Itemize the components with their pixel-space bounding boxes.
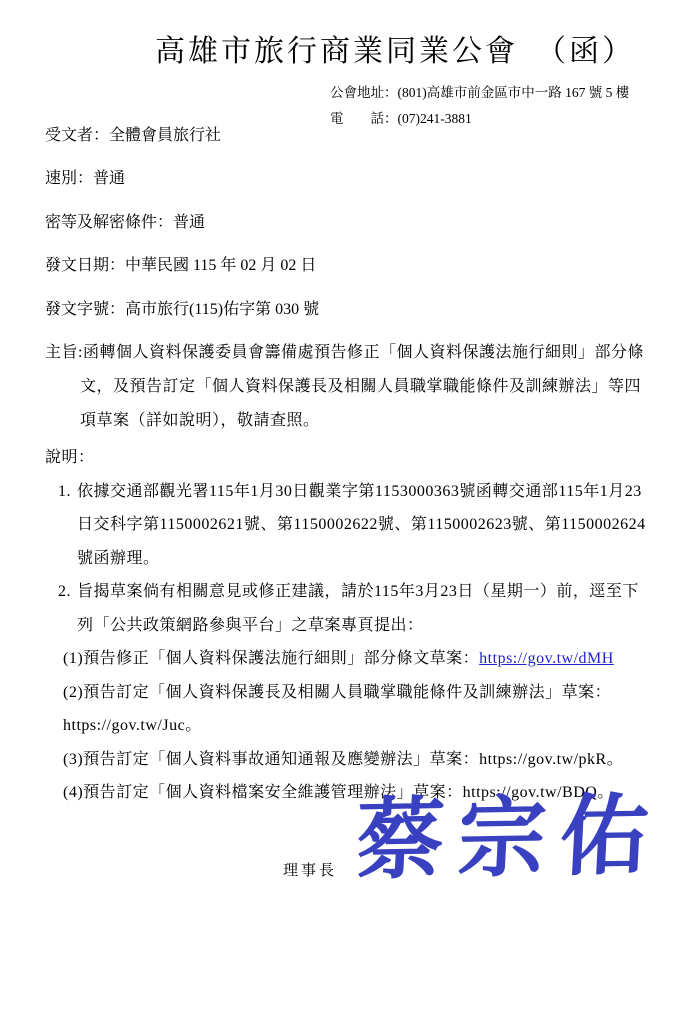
item-line: 號函辦理。 [77, 542, 646, 576]
field-value: 全體會員旅行社 [109, 127, 221, 144]
association-contact-block: 公會地址：(801)高雄市前金區市中一路 167 號 5 樓 電 話：(07)2… [330, 80, 629, 132]
field-label: 速別： [45, 170, 93, 187]
subject-section: 主旨:函轉個人資料保護委員會籌備處預告修正「個人資料保護法施行細則」部分條 文，… [80, 336, 644, 438]
association-phone: 電 話：(07)241-3881 [330, 106, 629, 132]
field-label: 密等及解密條件： [45, 214, 173, 231]
subject-label: 主旨: [45, 344, 83, 361]
field-date: 發文日期：中華民國 115 年 02 月 02 日 [45, 252, 319, 295]
field-value: 中華民國 115 年 02 月 02 日 [125, 257, 316, 274]
explanation-item-2: 2. 旨揭草案倘有相關意見或修正建議，請於115年3月23日（星期一）前，逕至下… [45, 575, 646, 810]
draft-subitem-3: (3)預告訂定「個人資料事故通知通報及應變辦法」草案：https://gov.t… [63, 743, 639, 777]
field-value: 普通 [173, 214, 205, 231]
subject-line: 主旨:函轉個人資料保護委員會籌備處預告修正「個人資料保護法施行細則」部分條 [45, 336, 644, 370]
draft-subitem-2-url: https://gov.tw/Juc。 [63, 709, 639, 743]
field-recipient: 受文者：全體會員旅行社 [45, 122, 319, 165]
item-line: 列「公共政策網路參與平台」之草案專頁提出： [77, 609, 639, 643]
subject-text: 函轉個人資料保護委員會籌備處預告修正「個人資料保護法施行細則」部分條 [83, 344, 644, 361]
explanation-label: 說明： [45, 441, 646, 475]
signature-title: 理事長 [283, 859, 337, 880]
field-label: 發文字號： [45, 301, 125, 318]
draft-subitem-2: (2)預告訂定「個人資料保護長及相關人員職掌職能條件及訓練辦法」草案： [63, 676, 639, 710]
field-speed: 速別：普通 [45, 165, 319, 208]
document-title: 高雄市旅行商業同業公會 （函） [155, 26, 635, 70]
field-value: 高市旅行(115)佑字第 030 號 [125, 301, 319, 318]
item-line: 旨揭草案倘有相關意見或修正建議，請於115年3月23日（星期一）前，逕至下 [77, 575, 639, 609]
explanation-section: 說明： 1. 依據交通部觀光署115年1月30日觀業字第1153000363號函… [45, 441, 646, 810]
subitem-text: (1)預告修正「個人資料保護法施行細則」部分條文草案： [63, 650, 479, 667]
item-line: 依據交通部觀光署115年1月30日觀業字第1153000363號函轉交通部115… [77, 475, 646, 509]
item-line: 日交科字第1150002621號、第1150002622號、第115000262… [77, 508, 646, 542]
explanation-item-1: 1. 依據交通部觀光署115年1月30日觀業字第1153000363號函轉交通部… [45, 475, 646, 576]
field-ref-number: 發文字號：高市旅行(115)佑字第 030 號 [45, 296, 319, 339]
item-number: 2. [58, 575, 77, 609]
field-label: 發文日期： [45, 257, 125, 274]
field-security: 密等及解密條件：普通 [45, 209, 319, 252]
item-number: 1. [58, 475, 77, 509]
field-label: 受文者： [45, 127, 109, 144]
policy-platform-link[interactable]: https://gov.tw/dMH [479, 650, 614, 667]
subject-line: 項草案（詳如說明），敬請查照。 [80, 404, 644, 438]
field-value: 普通 [93, 170, 125, 187]
draft-subitem-1: (1)預告修正「個人資料保護法施行細則」部分條文草案：https://gov.t… [63, 642, 639, 676]
letter-page: 高雄市旅行商業同業公會 （函） 公會地址：(801)高雄市前金區市中一路 167… [0, 0, 699, 1024]
letter-fields: 受文者：全體會員旅行社 速別：普通 密等及解密條件：普通 發文日期：中華民國 1… [45, 122, 319, 339]
signature-name: 蔡宗佑 [353, 787, 665, 892]
association-address: 公會地址：(801)高雄市前金區市中一路 167 號 5 樓 [330, 80, 629, 106]
subject-line: 文，及預告訂定「個人資料保護長及相關人員職掌職能條件及訓練辦法」等四 [80, 370, 644, 404]
